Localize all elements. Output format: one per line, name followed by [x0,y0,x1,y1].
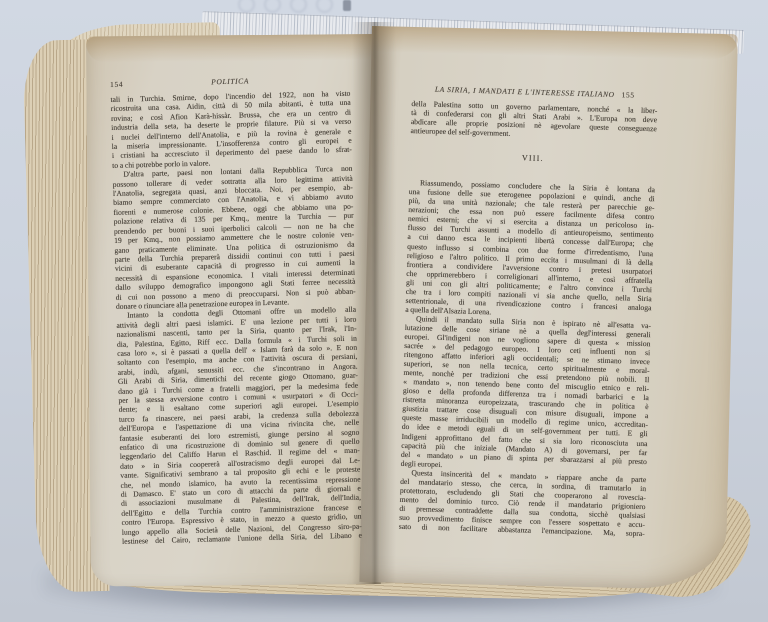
left-body-lines: tali in Turchia. Smirne, dopo l'incendio… [110,89,362,547]
left-page-text: 154 POLITICA tali in Turchia. Smirne, do… [110,74,362,547]
ink-smudge [343,0,351,11]
left-page-number: 154 [110,79,140,89]
right-page-number: 155 [622,90,635,99]
right-intro-lines: della Palestina sotto un governo parlame… [410,99,657,142]
section-heading: VIII. [410,150,656,166]
running-head-spacer [320,81,350,82]
right-page-text: LA SIRIA, I MANDATI E L'INTERESSE ITALIA… [399,84,658,538]
book-photo-scene: 154 POLITICA tali in Turchia. Smirne, do… [0,0,768,622]
right-body-lines: Riassumendo, possiamo concludere che la … [399,178,655,538]
